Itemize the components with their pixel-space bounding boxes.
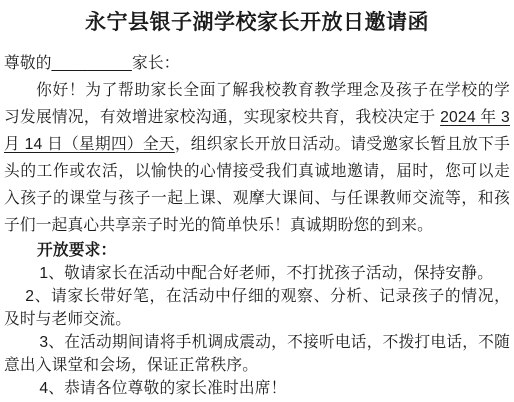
requirement-item-1: 1、敬请家长在活动中配合好老师，不打扰孩子活动，保持安静。 <box>4 262 510 285</box>
requirements-heading: 开放要求： <box>4 239 510 262</box>
requirement-item-4: 4、恭请各位尊敬的家长准时出席！ <box>4 377 510 400</box>
greeting-line: 尊敬的_________家长： <box>4 50 510 77</box>
invitation-paragraph: 你好！为了帮助家长全面了解我校教育教学理念及孩子在学校的学习发展情况，有效增进家… <box>4 77 510 239</box>
page-title: 永宁县银子湖学校家长开放日邀请函 <box>4 0 510 38</box>
invitation-text-before-date: 你好！为了帮助家长全面了解我校教育教学理念及孩子在学校的学习发展情况，有效增进家… <box>4 82 510 126</box>
requirement-item-2: 2、请家长带好笔，在活动中仔细的观察、分析、记录孩子的情况，及时与老师交流。 <box>4 285 510 331</box>
document-page: 永宁县银子湖学校家长开放日邀请函 尊敬的_________家长： 你好！为了帮助… <box>0 0 514 402</box>
requirement-item-3: 3、在活动期间请将手机调成震动，不接听电话，不拨打电话，不随意出入课堂和会场，保… <box>4 331 510 377</box>
